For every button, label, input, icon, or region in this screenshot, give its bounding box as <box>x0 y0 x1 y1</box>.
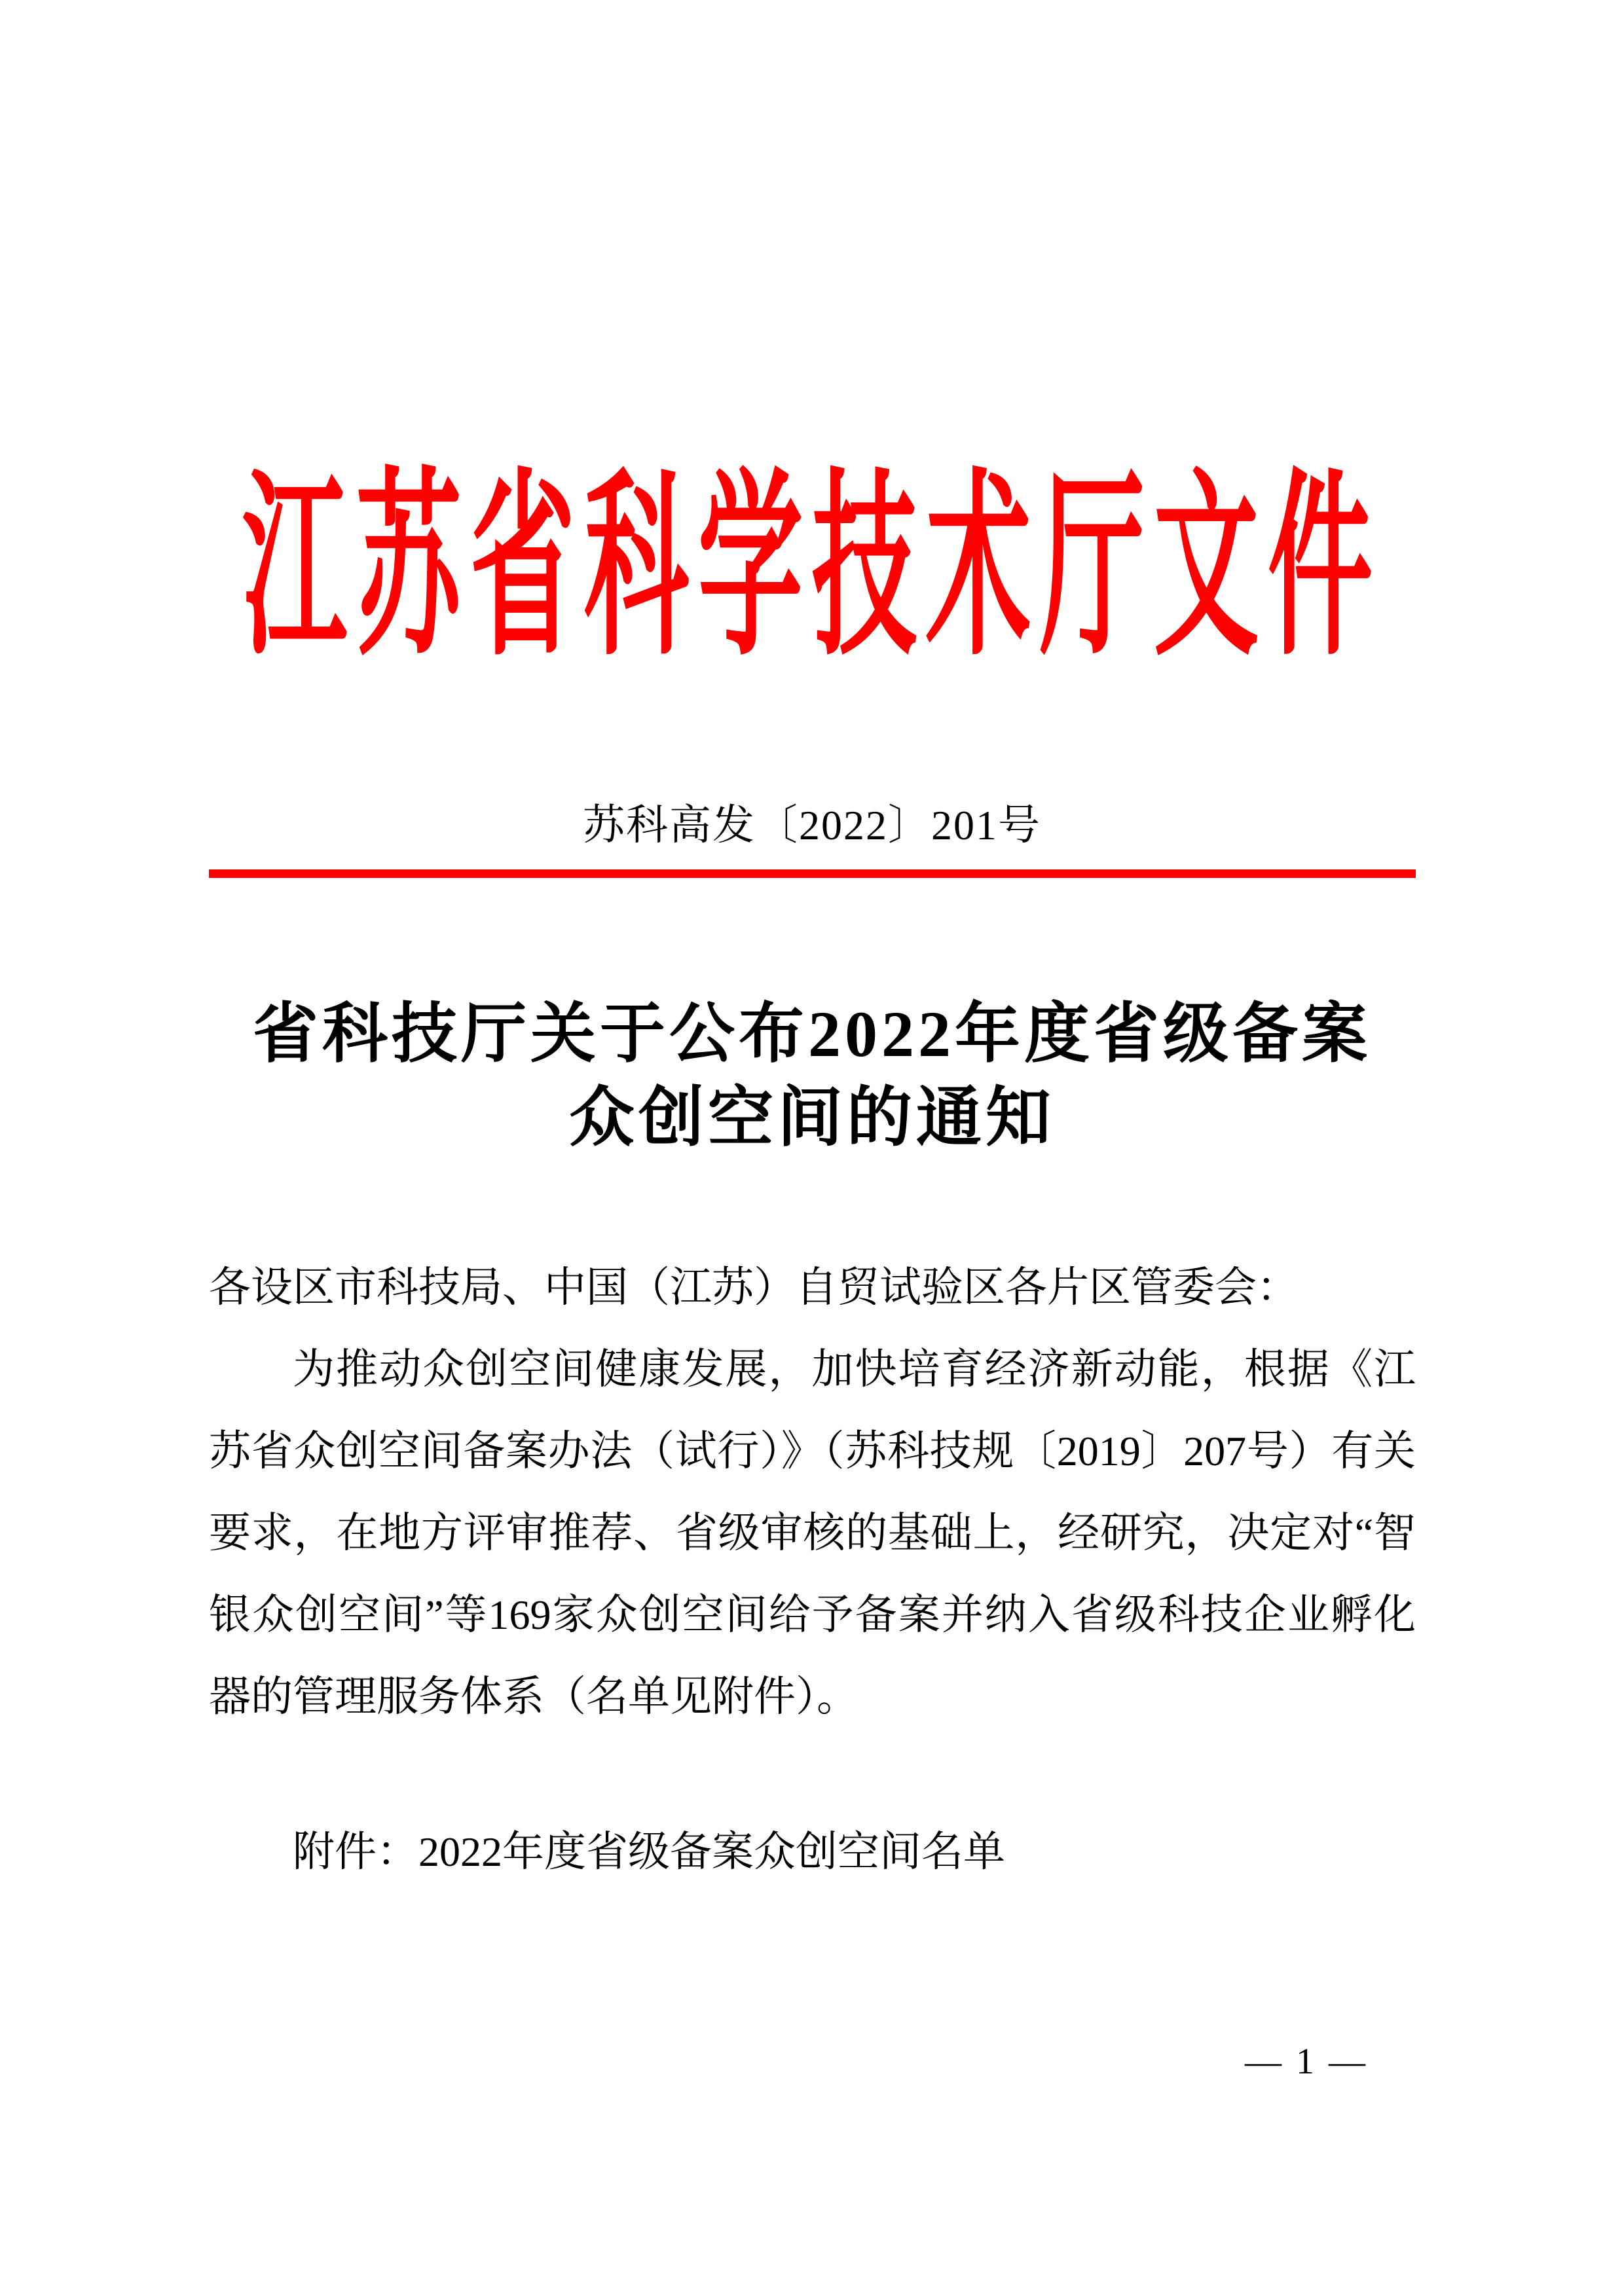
document-page: 江苏省科学技术厅文件 苏科高发〔2022〕201号 省科技厅关于公布2022年度… <box>0 0 1624 2296</box>
agency-masthead-title: 江苏省科学技术厅文件 <box>0 469 1624 668</box>
main-paragraph: 为推动众创空间健康发展，加快培育经济新动能，根据《江苏省众创空间备案办法（试行）… <box>209 1328 1416 1738</box>
red-separator-rule <box>209 869 1416 878</box>
salutation-line: 各设区市科技局、中国（江苏）自贸试验区各片区管委会： <box>209 1247 1416 1328</box>
notice-title-line1: 省科技厅关于公布2022年度省级备案 <box>0 993 1624 1076</box>
attachment-line: 附件：2022年度省级备案众创空间名单 <box>209 1811 1416 1893</box>
document-reference-number: 苏科高发〔2022〕201号 <box>0 803 1624 848</box>
notice-title-line2: 众创空间的通知 <box>0 1076 1624 1160</box>
body-text-block: 各设区市科技局、中国（江苏）自贸试验区各片区管委会： 为推动众创空间健康发展，加… <box>209 1247 1416 1738</box>
notice-title: 省科技厅关于公布2022年度省级备案 众创空间的通知 <box>0 993 1624 1160</box>
page-number: — 1 — <box>1143 2041 1470 2082</box>
